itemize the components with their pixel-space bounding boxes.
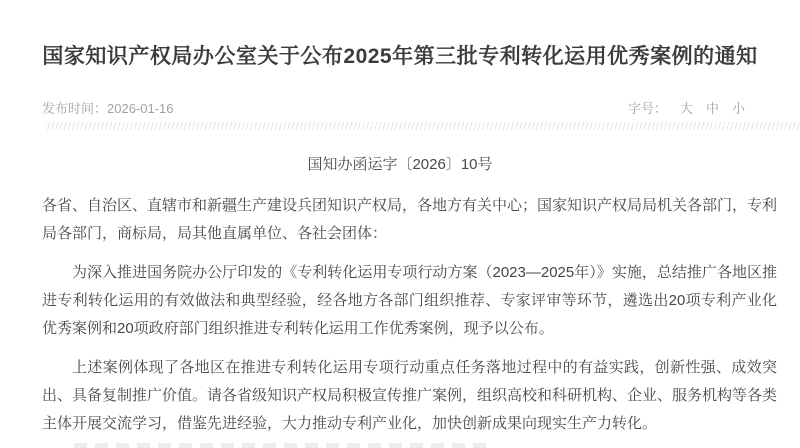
paragraph-instructions: 上述案例体现了各地区在推进专利转化运用专项行动重点任务落地过程中的有益实践，创新…: [42, 354, 777, 438]
font-size-label: 字号：: [628, 101, 667, 116]
notice-body: 各省、自治区、直辖市和新疆生产建设兵团知识产权局，各地方有关中心；国家知识产权局…: [42, 192, 777, 438]
font-size-medium-link[interactable]: 中: [706, 101, 719, 116]
publish-time: 发布时间：2026-01-16: [42, 98, 174, 117]
cutoff-next-line-smudge: [74, 443, 492, 448]
publish-time-label: 发布时间：: [42, 101, 107, 116]
paragraph-addressees: 各省、自治区、直辖市和新疆生产建设兵团知识产权局，各地方有关中心；国家知识产权局…: [42, 192, 777, 248]
font-size-large-link[interactable]: 大: [680, 101, 693, 116]
notice-page: 国家知识产权局办公室关于公布2025年第三批专利转化运用优秀案例的通知 发布时间…: [0, 0, 800, 448]
hatched-divider: [45, 122, 800, 130]
meta-row: 发布时间：2026-01-16 字号：大中小: [42, 99, 745, 115]
page-title: 国家知识产权局办公室关于公布2025年第三批专利转化运用优秀案例的通知: [38, 42, 762, 72]
document-number: 国知办函运字〔2026〕10号: [0, 156, 800, 174]
font-size-switcher: 字号：大中小: [628, 98, 745, 117]
font-size-small-link[interactable]: 小: [732, 101, 745, 116]
paragraph-announcement: 为深入推进国务院办公厅印发的《专利转化运用专项行动方案（2023—2025年）》…: [42, 259, 777, 343]
publish-time-value: 2026-01-16: [107, 101, 174, 116]
